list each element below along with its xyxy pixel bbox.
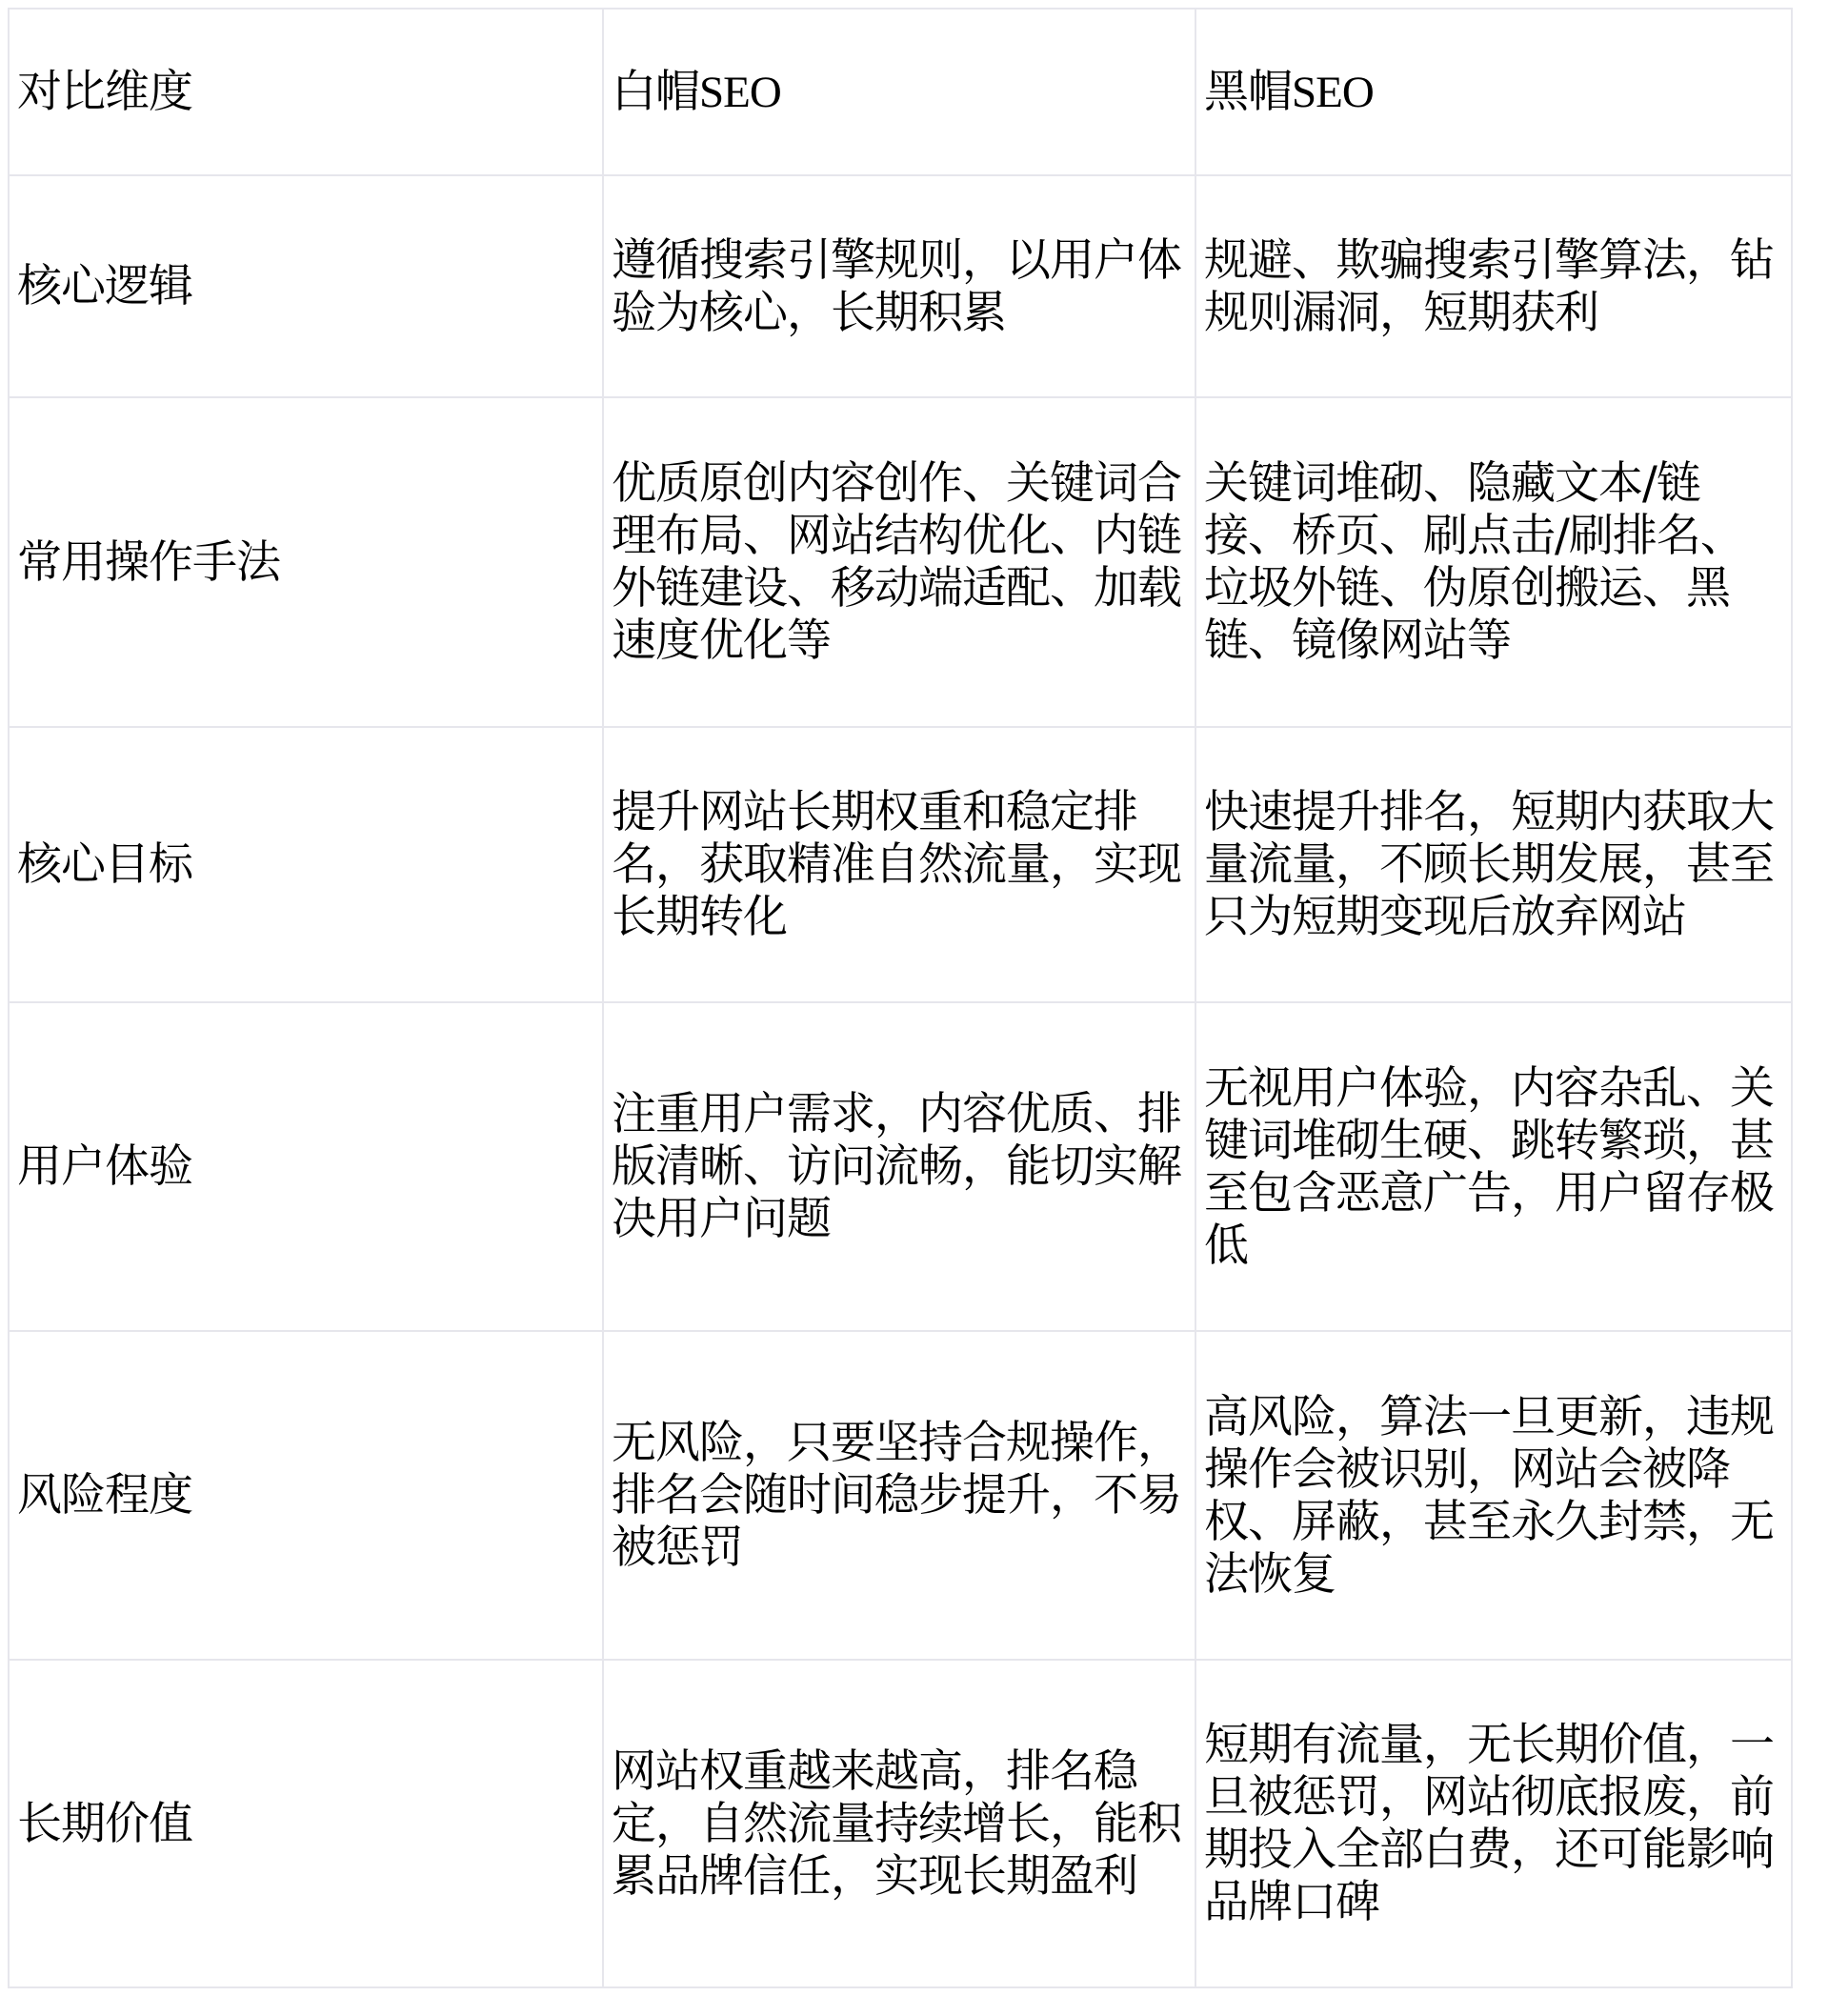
table-row: 风险程度 无风险，只要坚持合规操作，排名会随时间稳步提升，不易被惩罚 高风险，算… <box>9 1331 1792 1660</box>
cell-black-hat: 短期有流量，无长期价值，一旦被惩罚，网站彻底报废，前期投入全部白费，还可能影响品… <box>1195 1660 1792 1987</box>
cell-black-hat: 规避、欺骗搜索引擎算法，钻规则漏洞，短期获利 <box>1195 175 1792 397</box>
table-row: 长期价值 网站权重越来越高，排名稳定，自然流量持续增长，能积累品牌信任，实现长期… <box>9 1660 1792 1987</box>
header-black-hat-cjk: 黑帽 <box>1204 66 1292 118</box>
table-row: 用户体验 注重用户需求，内容优质、排版清晰、访问流畅，能切实解决用户问题 无视用… <box>9 1002 1792 1331</box>
seo-comparison-table: 对比维度 白帽SEO 黑帽SEO 核心逻辑 遵循搜索引擎规则，以用户体验为核心，… <box>8 8 1793 1988</box>
cell-dimension: 用户体验 <box>9 1002 603 1331</box>
header-white-hat-cjk: 白帽 <box>612 66 699 118</box>
cell-dimension: 风险程度 <box>9 1331 603 1660</box>
cell-white-hat: 优质原创内容创作、关键词合理布局、网站结构优化、内链外链建设、移动端适配、加载速… <box>603 397 1195 727</box>
cell-dimension: 核心逻辑 <box>9 175 603 397</box>
header-black-hat: 黑帽SEO <box>1195 9 1792 175</box>
header-black-hat-latin: SEO <box>1292 68 1374 117</box>
cell-dimension: 长期价值 <box>9 1660 603 1987</box>
table-header-row: 对比维度 白帽SEO 黑帽SEO <box>9 9 1792 175</box>
cell-white-hat: 提升网站长期权重和稳定排名，获取精准自然流量，实现长期转化 <box>603 727 1195 1002</box>
cell-black-hat: 高风险，算法一旦更新，违规操作会被识别，网站会被降权、屏蔽，甚至永久封禁，无法恢… <box>1195 1331 1792 1660</box>
header-white-hat-latin: SEO <box>699 68 781 117</box>
cell-black-hat: 无视用户体验，内容杂乱、关键词堆砌生硬、跳转繁琐，甚至包含恶意广告，用户留存极低 <box>1195 1002 1792 1331</box>
cell-black-hat: 关键词堆砌、隐藏文本/链接、桥页、刷点击/刷排名、垃圾外链、伪原创搬运、黑链、镜… <box>1195 397 1792 727</box>
cell-white-hat: 无风险，只要坚持合规操作，排名会随时间稳步提升，不易被惩罚 <box>603 1331 1195 1660</box>
table-row: 核心逻辑 遵循搜索引擎规则，以用户体验为核心，长期积累 规避、欺骗搜索引擎算法，… <box>9 175 1792 397</box>
cell-dimension: 常用操作手法 <box>9 397 603 727</box>
table-row: 核心目标 提升网站长期权重和稳定排名，获取精准自然流量，实现长期转化 快速提升排… <box>9 727 1792 1002</box>
cell-white-hat: 网站权重越来越高，排名稳定，自然流量持续增长，能积累品牌信任，实现长期盈利 <box>603 1660 1195 1987</box>
header-white-hat: 白帽SEO <box>603 9 1195 175</box>
cell-white-hat: 遵循搜索引擎规则，以用户体验为核心，长期积累 <box>603 175 1195 397</box>
header-dimension: 对比维度 <box>9 9 603 175</box>
cell-black-hat: 快速提升排名，短期内获取大量流量，不顾长期发展，甚至只为短期变现后放弃网站 <box>1195 727 1792 1002</box>
table-row: 常用操作手法 优质原创内容创作、关键词合理布局、网站结构优化、内链外链建设、移动… <box>9 397 1792 727</box>
cell-dimension: 核心目标 <box>9 727 603 1002</box>
cell-white-hat: 注重用户需求，内容优质、排版清晰、访问流畅，能切实解决用户问题 <box>603 1002 1195 1331</box>
